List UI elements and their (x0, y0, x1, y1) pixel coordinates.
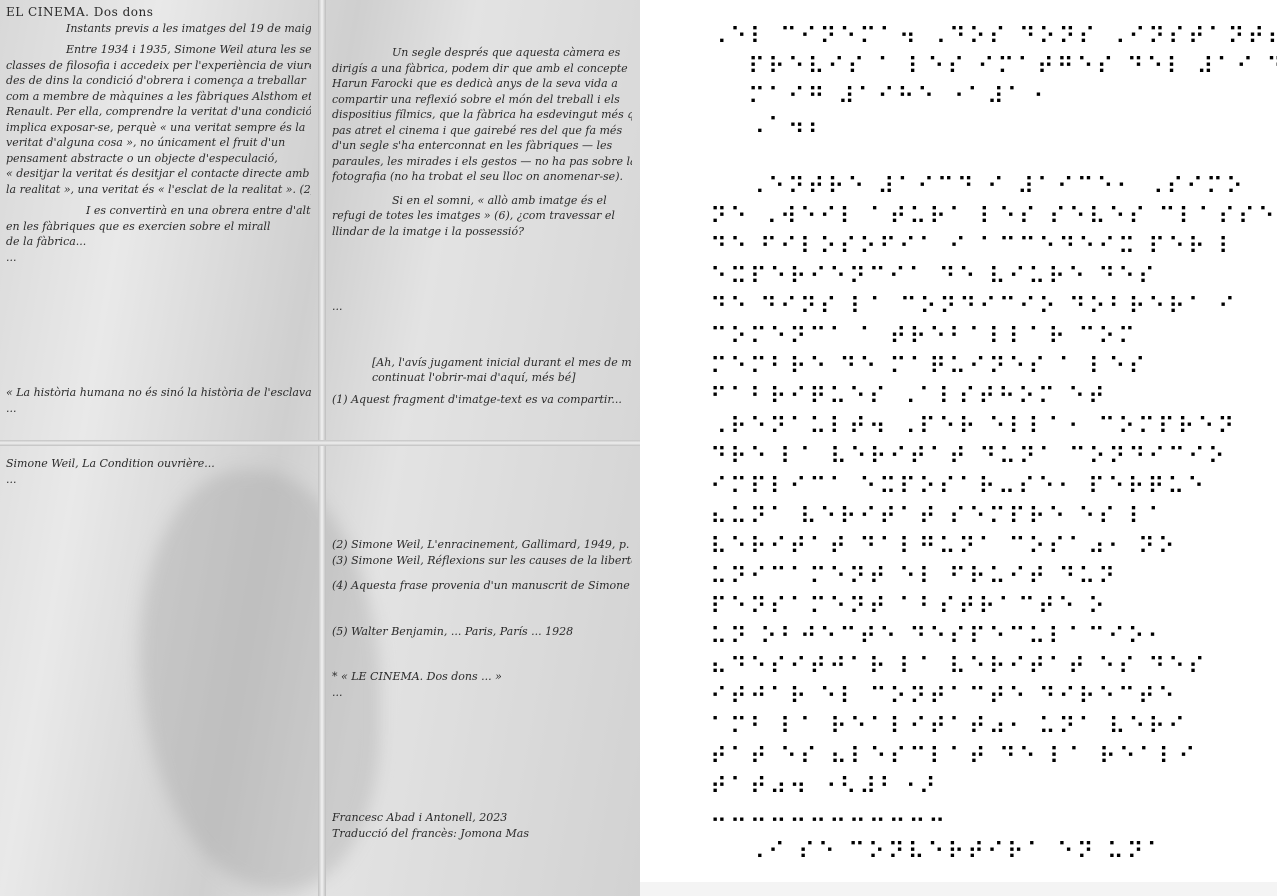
braille-row: ⠍⠑⠍⠃⠗⠑ ⠙⠑ ⠍⠁⠟⠥⠊⠝⠑⠎ ⠁ ⠇⠑⠎ (710, 352, 1148, 382)
braille-row: ⠙⠑ ⠙⠊⠝⠎ ⠇⠁ ⠉⠕⠝⠙⠊⠉⠊⠕ ⠙⠕⠃⠗⠑⠗⠁ ⠊ (710, 292, 1238, 322)
footnote: (2) Simone Weil, L'enracinement, Gallima… (332, 537, 632, 553)
manuscript-line: « desitjar la veritat és desitjar el con… (6, 166, 311, 182)
braille-row: ⠍⠁⠊⠛ ⠼⠁⠊⠓⠑ ⠐⠁⠼⠁⠐ (748, 82, 1046, 112)
braille-row: ⠁⠍⠃ ⠇⠁ ⠗⠑⠁⠇⠊⠞⠁⠞⠴⠂ ⠥⠝⠁ ⠧⠑⠗⠊ (710, 712, 1188, 742)
manuscript-line: d'un segle s'ha enterconnat en les fàbri… (332, 138, 632, 154)
vertical-fold (318, 0, 326, 896)
braille-row: ⠊⠞⠚⠁⠗ ⠑⠇ ⠉⠕⠝⠞⠁⠉⠞⠑ ⠙⠊⠗⠑⠉⠞⠑ (710, 682, 1178, 712)
manuscript-left-column: EL CINEMA. Dos dons Instants previs a le… (6, 5, 311, 487)
manuscript-line: dispositius fílmics, que la fàbrica ha e… (332, 107, 632, 123)
signature: Francesc Abad i Antonell, 2023 (332, 810, 632, 826)
manuscript-photo: EL CINEMA. Dos dons Instants previs a le… (0, 0, 640, 896)
manuscript-line: ... (6, 472, 311, 488)
braille-page: ⠠⠑⠇ ⠉⠊⠝⠑⠍⠁⠲ ⠠⠙⠕⠎ ⠙⠕⠝⠎ ⠠⠊⠝⠎⠞⠁⠝⠞⠎ ⠏⠗⠑⠧⠊⠎ ⠁… (640, 0, 1277, 896)
manuscript-title: EL CINEMA. Dos dons (6, 5, 311, 21)
manuscript-line: paraules, les mirades i els gestos — no … (332, 154, 632, 170)
braille-separator: ⠒⠒⠒⠒⠒⠒⠒⠒⠒⠒⠒⠒ (710, 807, 948, 837)
braille-row: ⠧⠑⠗⠊⠞⠁⠞ ⠙⠁⠇⠛⠥⠝⠁ ⠉⠕⠎⠁⠴⠂ ⠝⠕ (710, 532, 1178, 562)
footnote: (3) Simone Weil, Réflexions sur les caus… (332, 553, 632, 569)
braille-row: ⠥⠝ ⠕⠃⠚⠑⠉⠞⠑ ⠙⠑⠎⠏⠑⠉⠥⠇⠁⠉⠊⠕⠂ (710, 622, 1167, 652)
braille-row: ⠏⠗⠑⠧⠊⠎ ⠁ ⠇⠑⠎ ⠊⠍⠁⠞⠛⠑⠎ ⠙⠑⠇ ⠼⠁⠊ ⠙⠑ (748, 52, 1277, 82)
manuscript-line: veritat d'alguna cosa », no únicament el… (6, 135, 311, 151)
manuscript-subtitle: Instants previs a les imatges del 19 de … (6, 21, 311, 37)
braille-row: ⠙⠑ ⠋⠊⠇⠕⠎⠕⠋⠊⠁ ⠊ ⠁⠉⠉⠑⠙⠑⠊⠭ ⠏⠑⠗ ⠇ (710, 232, 1238, 262)
manuscript-line: Renault. Per ella, comprendre la veritat… (6, 104, 311, 120)
manuscript-line: Si en el somni, « allò amb imatge és el (332, 193, 632, 209)
manuscript-line: de la fàbrica... (6, 234, 311, 250)
braille-row: ⠉⠕⠍⠑⠝⠉⠁ ⠁ ⠞⠗⠑⠃⠁⠇⠇⠁⠗ ⠉⠕⠍ (710, 322, 1138, 352)
braille-row: ⠦⠥⠝⠁ ⠧⠑⠗⠊⠞⠁⠞ ⠎⠑⠍⠏⠗⠑ ⠑⠎ ⠇⠁ (710, 502, 1168, 532)
manuscript-line: continuat l'obrir-mai d'aquí, més bé] (332, 370, 632, 386)
footnote: ... (332, 685, 632, 701)
braille-row: ⠋⠁⠃⠗⠊⠟⠥⠑⠎ ⠠⠁⠇⠎⠞⠓⠕⠍ ⠑⠞ (710, 382, 1108, 412)
manuscript-line: pas atret el cinema i que gairebé res de… (332, 123, 632, 139)
manuscript-line: compartir una reflexió sobre el món del … (332, 92, 632, 108)
braille-row: ⠑⠭⠏⠑⠗⠊⠑⠝⠉⠊⠁ ⠙⠑ ⠧⠊⠥⠗⠑ ⠙⠑⠎ (710, 262, 1158, 292)
manuscript-line: Harun Farocki que es dedicà anys de la s… (332, 76, 632, 92)
braille-row: ⠥⠝⠊⠉⠁⠍⠑⠝⠞ ⠑⠇ ⠋⠗⠥⠊⠞ ⠙⠥⠝ (710, 562, 1118, 592)
braille-row: ⠦⠙⠑⠎⠊⠞⠚⠁⠗ ⠇⠁ ⠧⠑⠗⠊⠞⠁⠞ ⠑⠎ ⠙⠑⠎ (710, 652, 1208, 682)
footnote: (1) Aquest fragment d'imatge-text es va … (332, 392, 632, 408)
braille-row: ⠞⠁⠞ ⠑⠎ ⠦⠇⠑⠎⠉⠇⠁⠞ ⠙⠑ ⠇⠁ ⠗⠑⠁⠇⠊ (710, 742, 1198, 772)
manuscript-line: fotografia (no ha trobat el seu lloc on … (332, 169, 632, 185)
manuscript-line: classes de filosofia i accedeix per l'ex… (6, 58, 311, 74)
braille-row: ⠠⠗⠑⠝⠁⠥⠇⠞⠲ ⠠⠏⠑⠗ ⠑⠇⠇⠁⠂ ⠉⠕⠍⠏⠗⠑⠝ (710, 412, 1237, 442)
page-bottom-edge (640, 882, 1277, 896)
footnote: (5) Walter Benjamin, ... Paris, París ..… (332, 624, 632, 640)
manuscript-line: « La història humana no és sinó la histò… (6, 385, 311, 401)
braille-row: ⠠⠑⠝⠞⠗⠑ ⠼⠁⠊⠉⠙ ⠊ ⠼⠁⠊⠉⠑⠂ ⠠⠎⠊⠍⠕ (748, 172, 1246, 202)
manuscript-line: la realitat », una veritat és « l'esclat… (6, 182, 311, 198)
manuscript-line: Simone Weil, La Condition ouvrière... (6, 456, 311, 472)
braille-row: ⠝⠑ ⠠⠺⠑⠊⠇ ⠁⠞⠥⠗⠁ ⠇⠑⠎ ⠎⠑⠧⠑⠎ ⠉⠇⠁⠎⠎⠑⠎ (710, 202, 1277, 232)
manuscript-line: implica exposar-se, perquè « una veritat… (6, 120, 311, 136)
manuscript-line: pensament abstracte o un objecte d'espec… (6, 151, 311, 167)
footnote: (4) Aquesta frase provenia d'un manuscri… (332, 578, 632, 594)
manuscript-line: com a membre de màquines a les fàbriques… (6, 89, 311, 105)
translator-credit: Traducció del francès: Jomona Mas (332, 826, 632, 842)
footnote: * « LE CINEMA. Dos dons ... » (332, 669, 632, 685)
manuscript-line: ... (6, 250, 311, 266)
manuscript-line: Un segle després que aquesta càmera es (332, 45, 632, 61)
manuscript-line: en les fàbriques que es exercien sobre e… (6, 219, 311, 235)
manuscript-line: dirigís a una fàbrica, podem dir que amb… (332, 61, 632, 77)
manuscript-line: llindar de la imatge i la possessió? (332, 224, 632, 240)
braille-row: ⠠⠊ ⠎⠑ ⠉⠕⠝⠧⠑⠗⠞⠊⠗⠁ ⠑⠝ ⠥⠝⠁ (748, 837, 1166, 867)
manuscript-line: Entre 1934 i 1935, Simone Weil atura les… (6, 42, 311, 58)
manuscript-line: des de dins la condició d'obrera i comen… (6, 73, 311, 89)
manuscript-line: refugi de totes les imatges » (6), ¿com … (332, 208, 632, 224)
braille-row: ⠠⠑⠇ ⠉⠊⠝⠑⠍⠁⠲ ⠠⠙⠕⠎ ⠙⠕⠝⠎ ⠠⠊⠝⠎⠞⠁⠝⠞⠎ (710, 22, 1277, 52)
braille-row: ⠞⠁⠞⠴⠲ ⠐⠣⠼⠃⠐⠜ (710, 772, 939, 802)
manuscript-line: ... (6, 401, 311, 417)
braille-row: ⠏⠑⠝⠎⠁⠍⠑⠝⠞ ⠁⠃⠎⠞⠗⠁⠉⠞⠑ ⠕ (710, 592, 1108, 622)
manuscript-right-column: Un segle després que aquesta càmera es d… (332, 45, 632, 841)
manuscript-line: [Ah, l'avís jugament inicial durant el m… (332, 355, 632, 371)
braille-row: ⠙⠗⠑ ⠇⠁ ⠧⠑⠗⠊⠞⠁⠞ ⠙⠥⠝⠁ ⠉⠕⠝⠙⠊⠉⠊⠕ (710, 442, 1228, 472)
braille-row: ⠠⠁⠲⠆ (748, 112, 827, 142)
manuscript-line: ... (332, 299, 632, 315)
manuscript-line: I es convertirà en una obrera entre d'al… (6, 203, 311, 219)
braille-row: ⠊⠍⠏⠇⠊⠉⠁ ⠑⠭⠏⠕⠎⠁⠗⠤⠎⠑⠂ ⠏⠑⠗⠟⠥⠑ (710, 472, 1207, 502)
